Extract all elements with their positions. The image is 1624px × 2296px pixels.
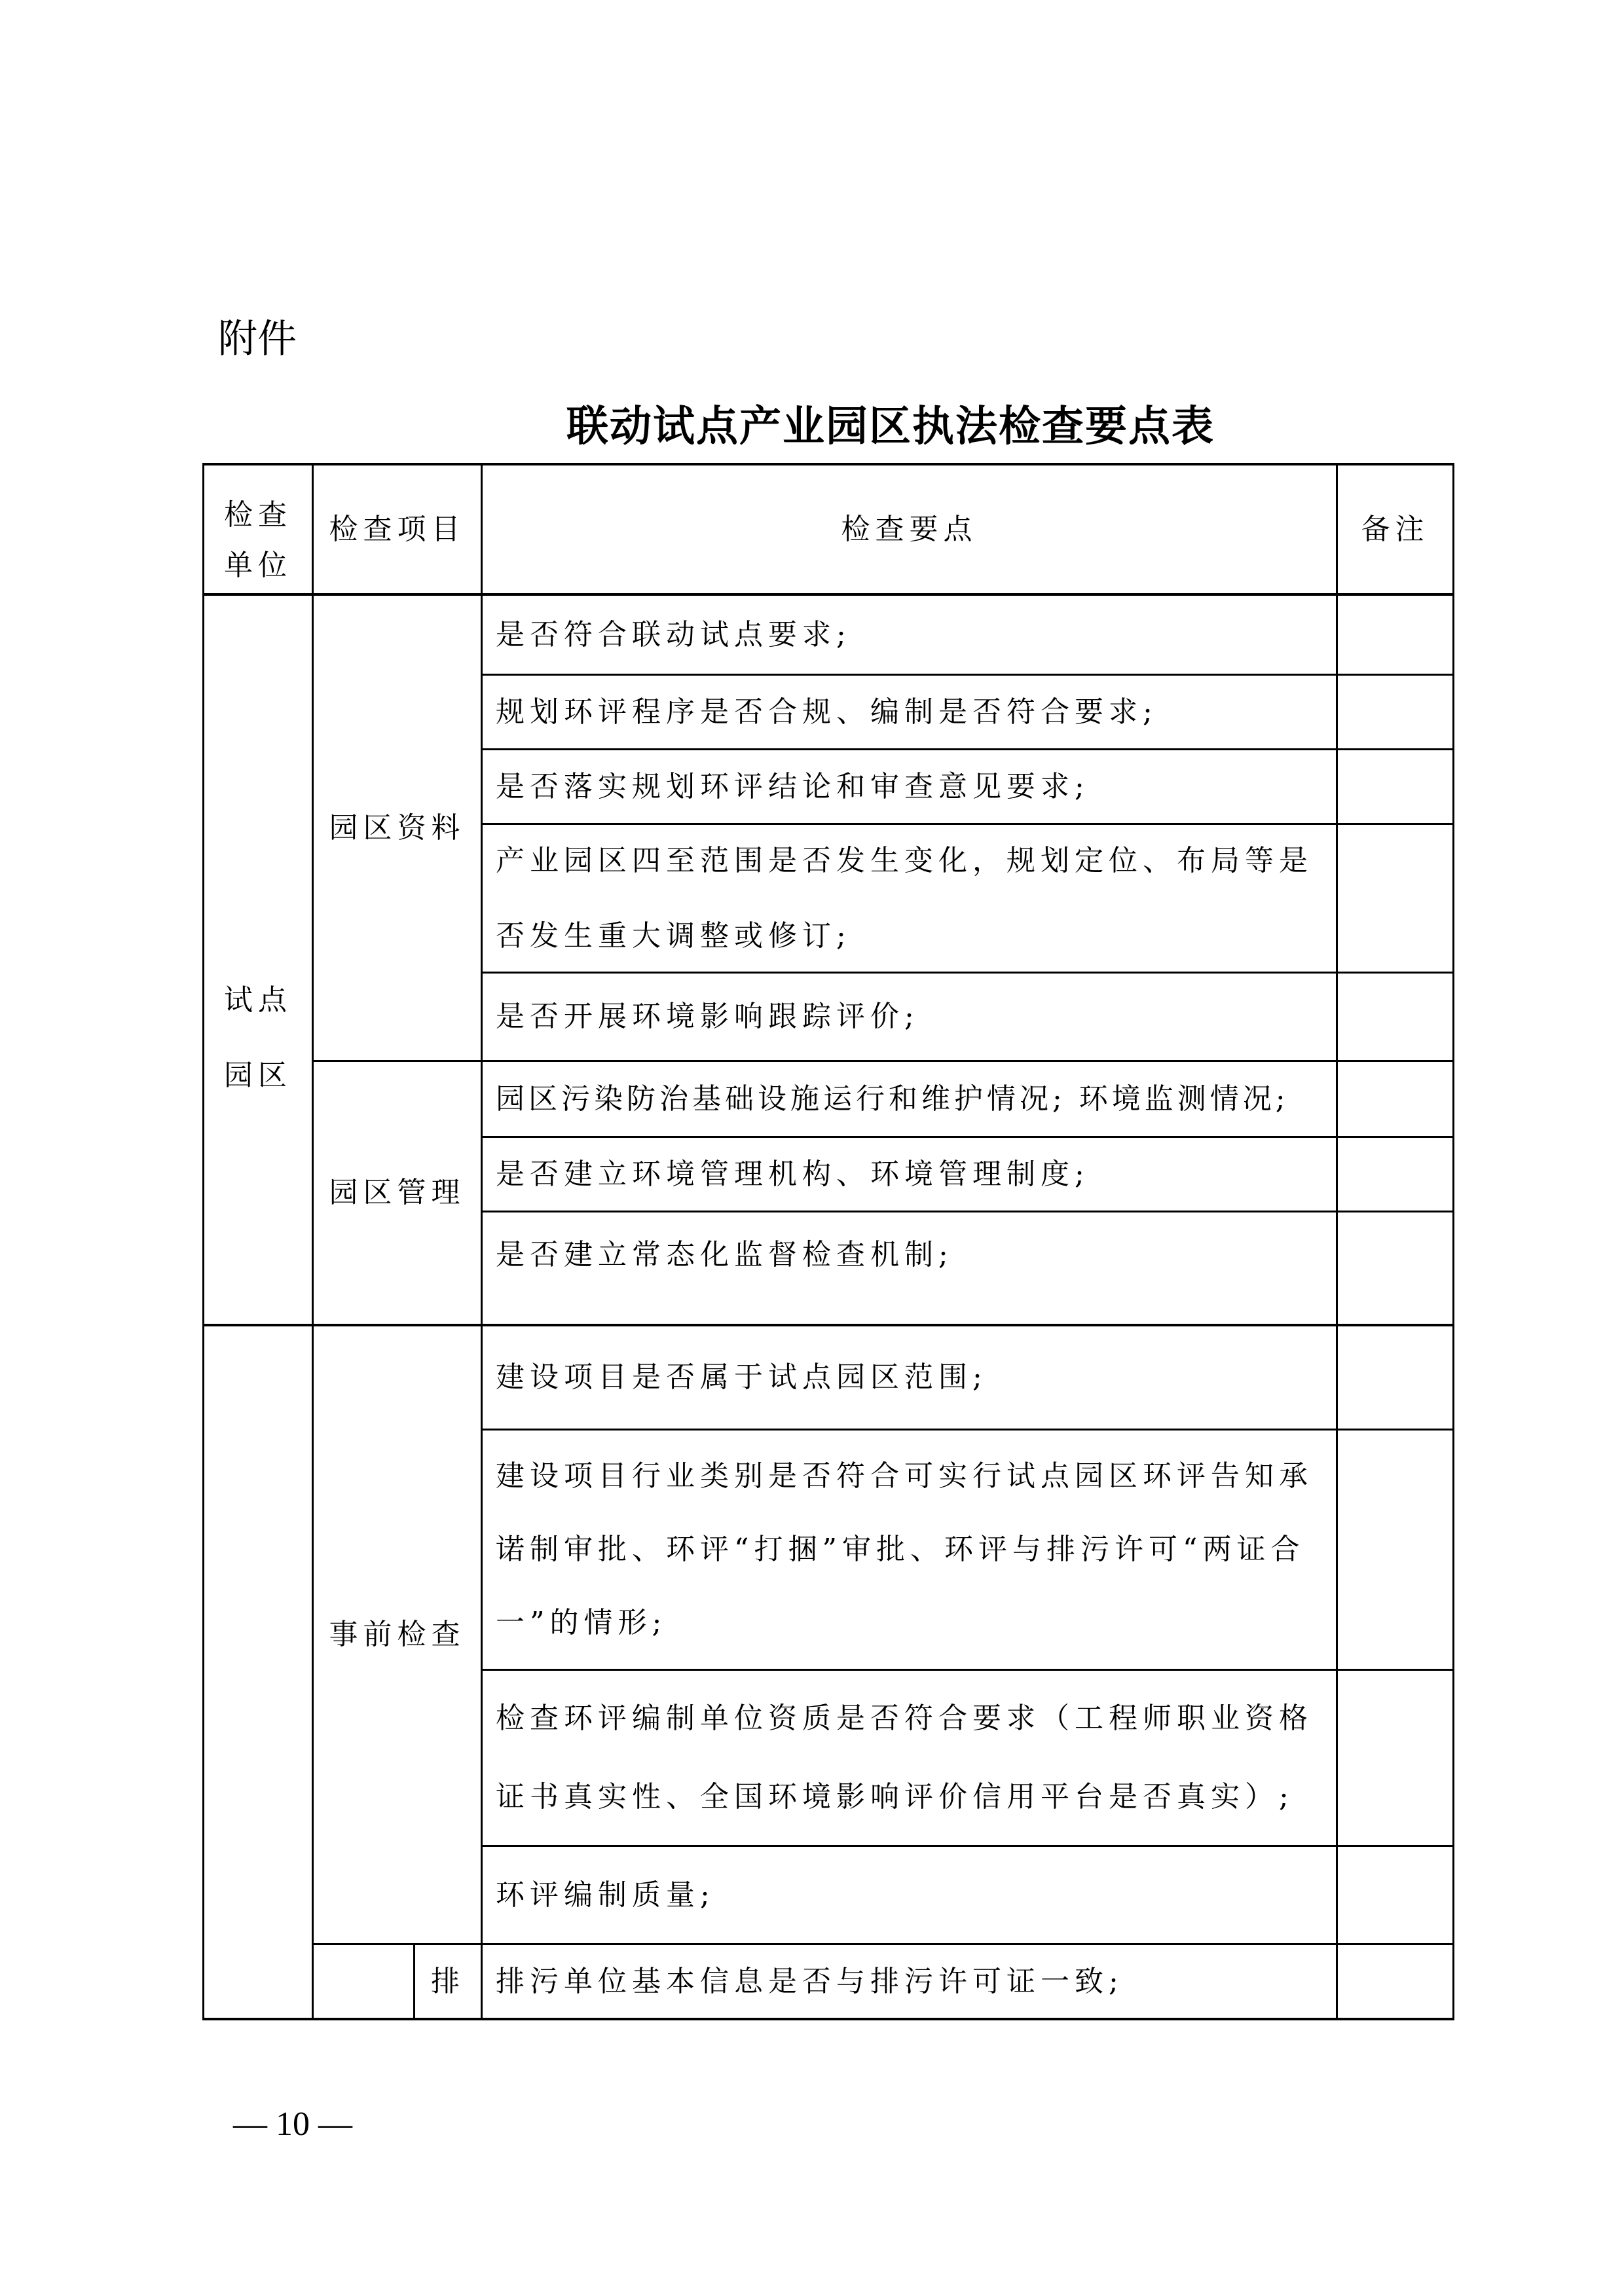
check-point: 检查环评编制单位资质是否符合要求（工程师职业资格证书真实性、全国环境影响评价信用… [483, 1671, 1327, 1845]
header-remarks: 备注 [1338, 465, 1452, 593]
table-border-left [202, 463, 204, 2020]
unit-line2: 园区 [224, 1038, 292, 1113]
sub-item-discharge: 排 [415, 1945, 481, 2018]
check-point: 建设项目是否属于试点园区范围; [483, 1326, 1336, 1429]
unit-pilot-park: 试点 园区 [204, 962, 312, 1113]
page-number: — 10 — [233, 2105, 352, 2143]
header-points: 检查要点 [483, 465, 1336, 593]
unit-line1: 试点 [224, 962, 292, 1038]
check-point: 建设项目行业类别是否符合可实行试点园区环评告知承诺制审批、环评“打捆”审批、环评… [483, 1430, 1327, 1669]
check-point: 是否建立环境管理机构、环境管理制度; [483, 1138, 1336, 1211]
item-pre-inspection: 事前检查 [314, 1326, 481, 1943]
check-point: 是否落实规划环评结论和审查意见要求; [483, 750, 1336, 823]
header-unit-line2: 单位 [224, 551, 292, 580]
check-point: 环评编制质量; [483, 1847, 1336, 1943]
check-point: 是否符合联动试点要求; [483, 596, 1336, 674]
attachment-label: 附件 [218, 308, 297, 364]
check-point: 排污单位基本信息是否与排污许可证一致; [483, 1945, 1336, 2018]
table-border-right [1452, 463, 1454, 2020]
check-point: 是否开展环境影响跟踪评价; [483, 974, 1336, 1060]
col-divider [1336, 463, 1338, 2020]
page-title: 联动试点产业园区执法检查要点表 [0, 393, 1624, 453]
header-item: 检查项目 [314, 465, 481, 593]
table-border-bottom [202, 2018, 1454, 2020]
item-park-management: 园区管理 [314, 1062, 481, 1324]
check-point: 园区污染防治基础设施运行和维护情况; 环境监测情况; [483, 1062, 1336, 1136]
check-point: 规划环评程序是否合规、编制是否符合要求; [483, 676, 1336, 748]
header-unit-line1: 检查 [224, 479, 292, 551]
check-point: 是否建立常态化监督检查机制; [483, 1212, 1336, 1298]
item-park-materials: 园区资料 [314, 596, 481, 1060]
check-point: 产业园区四至范围是否发生变化，规划定位、布局等是否发生重大调整或修订; [483, 825, 1327, 972]
header-unit: 检查 单位 [204, 465, 312, 593]
